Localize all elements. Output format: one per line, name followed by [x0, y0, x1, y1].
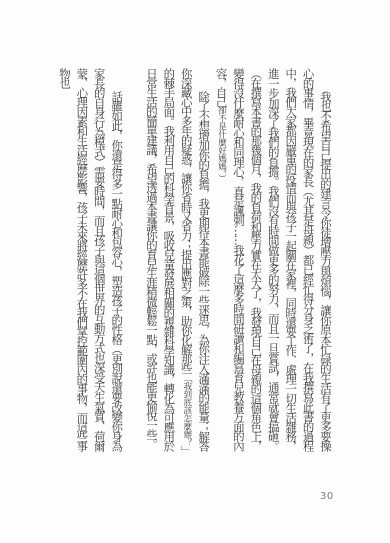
paragraph-spacer [125, 68, 142, 450]
paragraph-2-inner-quote: 我到底該怎麼辦？ [182, 382, 192, 446]
paragraph-1-text: 我也不希望自己提出的建言令你徒增壓力與煩惱，讓你原本忙碌的生活有了更多要操心的事… [215, 68, 333, 450]
paragraph-3: 話雖如此，你還是得多一點耐心和包容心，塑造孩子的性格（更別說還要改變你身為家長的… [56, 68, 126, 450]
paragraph-1: 我也不希望自己提出的建言令你徒增壓力與煩惱，讓你原本忙碌的生活有了更多要操心的事… [212, 68, 334, 450]
paragraph-3-text: 話雖如此，你還是得多一點耐心和包容心，塑造孩子的性格（更別說還要改變你身為家長的… [58, 68, 124, 450]
paragraph-1-aside: 卻不是什麼好媽媽。） [217, 106, 227, 182]
page-number: 30 [320, 491, 334, 502]
paragraph-2: 除了不想增加你的負擔，我更期待本書能破除一些迷思，為你注入滿滿的能量；解答你深藏… [143, 68, 213, 450]
book-page: 我也不希望自己提出的建言令你徒增壓力與煩惱，讓你原本忙碌的生活有了更多要操心的事… [0, 0, 390, 543]
body-text: 我也不希望自己提出的建言令你徒增壓力與煩惱，讓你原本忙碌的生活有了更多要操心的事… [56, 68, 334, 450]
